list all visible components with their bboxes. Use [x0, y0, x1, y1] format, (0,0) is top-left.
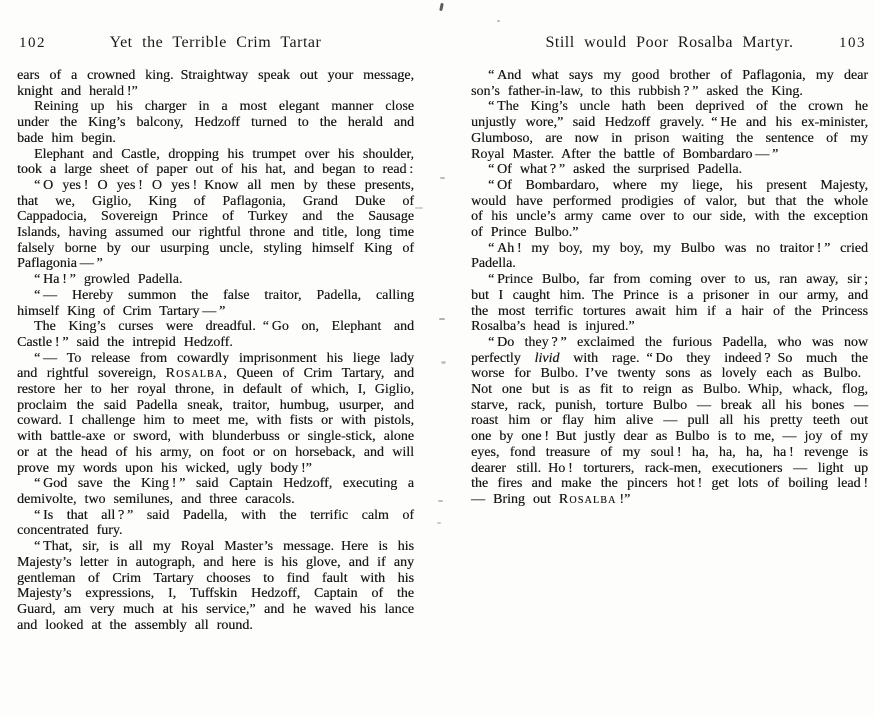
paragraph: “ Of what ? ” asked the surprised Padell… — [471, 162, 868, 178]
text-run: “ O yes ! O yes ! O yes ! Know all men b… — [17, 178, 414, 272]
text-run: Reining up his charger in a most elegant… — [17, 99, 414, 145]
scan-speck — [437, 522, 441, 524]
page-left-header: 102 Yet the Terrible Crim Tartar — [17, 34, 414, 54]
scan-speck — [440, 177, 445, 179]
page-left: 102 Yet the Terrible Crim Tartar ears of… — [17, 34, 414, 633]
text-run: “ And what says my good brother of Pafla… — [471, 68, 868, 99]
paragraph: ears of a crowned king. Straightway spea… — [17, 68, 414, 99]
text-run: !” — [617, 492, 631, 507]
paragraph: “ And what says my good brother of Pafla… — [471, 68, 868, 99]
paragraph: “ O yes ! O yes ! O yes ! Know all men b… — [17, 178, 414, 272]
scan-speck — [438, 500, 443, 502]
text-run: “ That, sir, is all my Royal Master’s me… — [17, 539, 414, 633]
text-run: “ Of what ? ” asked the surprised Padell… — [488, 162, 742, 177]
scanned-book-page: { "document": { "type": "book-page-sprea… — [0, 0, 875, 717]
paragraph: “ — Hereby summon the false traitor, Pad… — [17, 288, 414, 319]
scan-speck — [497, 20, 500, 22]
paragraph: “ Do they ? ” exclaimed the furious Pade… — [471, 335, 868, 508]
page-number-left: 102 — [19, 35, 46, 52]
paragraph: “ Prince Bulbo, far from coming over to … — [471, 272, 868, 335]
text-run: “ God save the King ! ” said Captain Hed… — [17, 476, 414, 507]
paragraph: “ The King’s uncle hath been deprived of… — [471, 99, 868, 162]
page-left-body: ears of a crowned king. Straightway spea… — [17, 68, 414, 633]
scan-speck — [415, 207, 423, 209]
text-run: ears of a crowned king. Straightway spea… — [17, 68, 414, 99]
text-run: “ Of Bombardaro, where my liege, his pre… — [471, 178, 868, 240]
text-smallcaps: Rosalba — [559, 492, 617, 507]
text-run: “ Prince Bulbo, far from coming over to … — [471, 272, 868, 334]
text-run: “ — Hereby summon the false traitor, Pad… — [17, 288, 414, 319]
scan-speck — [441, 361, 446, 364]
text-run: with rage. “ Do they indeed ? So much th… — [471, 351, 868, 507]
text-run: Elephant and Castle, dropping his trumpe… — [17, 147, 414, 178]
text-run: , Queen of Crim Tartary, and restore her… — [17, 366, 414, 475]
text-run: “ Is that all ? ” said Padella, with the… — [17, 508, 414, 539]
scan-speck — [439, 3, 444, 11]
page-right: Still would Poor Rosalba Martyr. 103 “ A… — [471, 34, 868, 508]
text-run: “ Ha ! ” growled Padella. — [34, 272, 182, 287]
text-italic: livid — [535, 351, 560, 366]
page-right-body: “ And what says my good brother of Pafla… — [471, 68, 868, 508]
text-run: “ The King’s uncle hath been deprived of… — [471, 99, 868, 161]
paragraph: “ Of Bombardaro, where my liege, his pre… — [471, 178, 868, 241]
page-right-header: Still would Poor Rosalba Martyr. 103 — [471, 34, 868, 54]
scan-speck — [439, 318, 445, 320]
running-title-left: Yet the Terrible Crim Tartar — [110, 34, 322, 51]
paragraph: “ — To release from cowardly imprisonmen… — [17, 351, 414, 477]
paragraph: Elephant and Castle, dropping his trumpe… — [17, 147, 414, 178]
page-number-right: 103 — [839, 35, 866, 52]
paragraph: The King’s curses were dreadful. “ Go on… — [17, 319, 414, 350]
paragraph: “ Ha ! ” growled Padella. — [17, 272, 414, 288]
paragraph: “ Is that all ? ” said Padella, with the… — [17, 508, 414, 539]
paragraph: “ Ah ! my boy, my boy, my Bulbo was no t… — [471, 241, 868, 272]
text-smallcaps: Rosalba — [166, 366, 224, 381]
paragraph: Reining up his charger in a most elegant… — [17, 99, 414, 146]
text-run: The King’s curses were dreadful. “ Go on… — [17, 319, 414, 350]
running-title-right: Still would Poor Rosalba Martyr. — [546, 34, 794, 51]
text-run: “ Ah ! my boy, my boy, my Bulbo was no t… — [471, 241, 868, 272]
paragraph: “ God save the King ! ” said Captain Hed… — [17, 476, 414, 507]
paragraph: “ That, sir, is all my Royal Master’s me… — [17, 539, 414, 633]
